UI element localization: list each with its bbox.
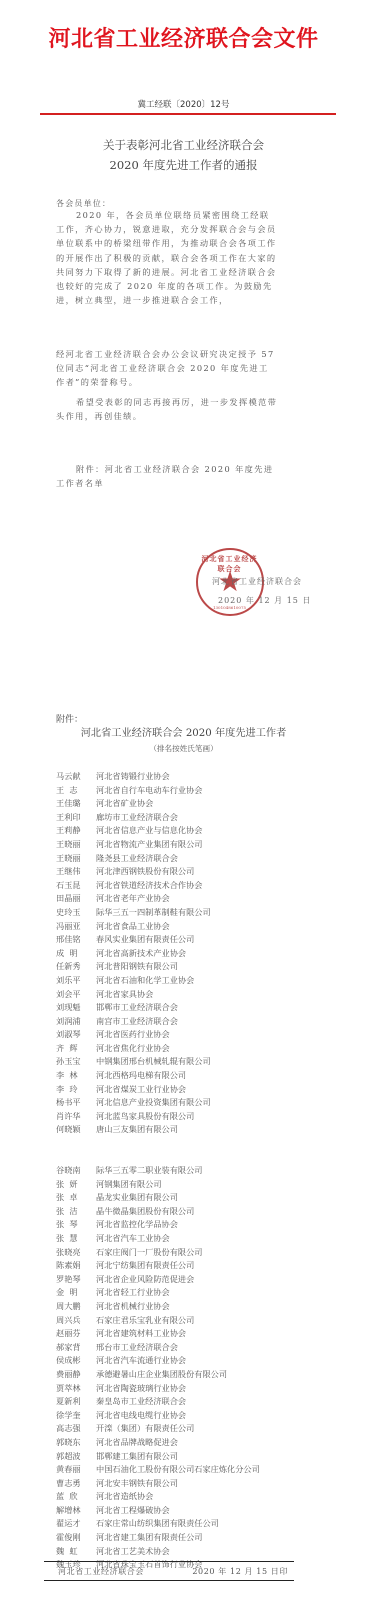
honoree-organization: 河北省品牌战略促进会	[96, 1436, 356, 1450]
honoree-name: 孙玉宝	[56, 1055, 96, 1069]
honoree-name: 罗艳琴	[56, 1273, 96, 1287]
honoree-organization: 河北省自行车电动车行业协会	[96, 784, 356, 798]
honoree-row: 李 林河北西格玛电梯有限公司	[56, 1069, 356, 1083]
honoree-row: 冯丽亚河北省食品工业协会	[56, 920, 356, 934]
honoree-row: 赵丽芬河北省建筑材料工业协会	[56, 1327, 356, 1341]
honoree-organization: 河北省电线电缆行业协会	[96, 1409, 356, 1423]
honoree-organization: 南宫市工业经济联合会	[96, 1015, 356, 1029]
honoree-row: 罗艳琴河北省企业风险防范促进会	[56, 1273, 356, 1287]
honoree-name: 张 慧	[56, 1232, 96, 1246]
honoree-name: 贾萃林	[56, 1382, 96, 1396]
honoree-name: 周兴兵	[56, 1314, 96, 1328]
honoree-name: 费丽静	[56, 1368, 96, 1382]
honoree-name: 张 卓	[56, 1191, 96, 1205]
honoree-name: 田晶丽	[56, 892, 96, 906]
header-red-divider	[40, 113, 336, 115]
honoree-row: 蓝 欣河北省造纸协会	[56, 1490, 356, 1504]
notice-title-line2: 2020 年度先进工作者的通报	[0, 157, 367, 173]
honoree-organization: 河北普阳钢铁有限公司	[96, 960, 356, 974]
honoree-organization: 廊坊市工业经济联合会	[96, 811, 356, 825]
honoree-name: 陈素娟	[56, 1259, 96, 1273]
honoree-row: 费丽静承德避暑山庄企业集团股份有限公司	[56, 1368, 356, 1382]
honoree-name: 王莉静	[56, 824, 96, 838]
honoree-organization: 河北省老年产业协会	[96, 892, 356, 906]
honoree-name: 刘会平	[56, 988, 96, 1002]
honoree-name: 张 妍	[56, 1178, 96, 1192]
honoree-organization: 河北省物流产业集团有限公司	[96, 838, 356, 852]
document-header-title: 河北省工业经济联合会文件	[0, 22, 367, 53]
honoree-name: 郭晓东	[56, 1436, 96, 1450]
honoree-row: 刘现魁邯郸市工业经济联合会	[56, 1001, 356, 1015]
honoree-row: 魏 虹河北省工艺美术协会	[56, 1545, 356, 1559]
honoree-name: 夏新利	[56, 1395, 96, 1409]
honoree-organization: 河北省建筑材料工业协会	[96, 1327, 356, 1341]
honoree-organization: 邯郸市工业经济联合会	[96, 1001, 356, 1015]
honoree-organization: 河北蓝鸟家具股份有限公司	[96, 1110, 356, 1124]
honoree-name: 邢佳铭	[56, 933, 96, 947]
honoree-organization: 河北省铁道经济技术合作协会	[96, 879, 356, 893]
honoree-organization: 秦皇岛市工业经济联合会	[96, 1395, 356, 1409]
honoree-row: 陈素娟河北宁纺集团有限责任公司	[56, 1259, 356, 1273]
honoree-name: 解增林	[56, 1504, 96, 1518]
honoree-organization: 河北省汽车流通行业协会	[96, 1354, 356, 1368]
honoree-organization: 河北省工程爆破协会	[96, 1504, 356, 1518]
honoree-row: 田晶丽河北省老年产业协会	[56, 892, 356, 906]
honoree-name: 黄春丽	[56, 1463, 96, 1477]
honoree-row: 王 志河北省自行车电动车行业协会	[56, 784, 356, 798]
attachment-title: 河北省工业经济联合会 2020 年度先进工作者	[0, 724, 367, 739]
honoree-organization: 河北省铸锻行业协会	[96, 770, 356, 784]
honoree-organization: 唐山三友集团有限公司	[96, 1123, 356, 1137]
honoree-name: 郝家背	[56, 1341, 96, 1355]
honoree-name: 霍俊刚	[56, 1531, 96, 1545]
honoree-row: 齐 辉河北省焦化行业协会	[56, 1042, 356, 1056]
honoree-name: 史玲玉	[56, 906, 96, 920]
honoree-row: 石玉昆河北省铁道经济技术合作协会	[56, 879, 356, 893]
honoree-organization: 河北省监控化学品协会	[96, 1218, 356, 1232]
honoree-organization: 河北省建工集团有限责任公司	[96, 1531, 356, 1545]
honoree-organization: 河北省家具协会	[96, 988, 356, 1002]
honoree-name: 郭超波	[56, 1450, 96, 1464]
honoree-row: 王佳璐河北省矿业协会	[56, 797, 356, 811]
footer-top-rule	[44, 1561, 294, 1562]
honoree-organization: 石家庄君乐宝乳业有限公司	[96, 1314, 356, 1328]
honoree-row: 刘淑琴河北省医药行业协会	[56, 1028, 356, 1042]
honoree-organization: 河北津西钢铁股份有限公司	[96, 865, 356, 879]
honoree-row: 张 琴河北省监控化学品协会	[56, 1218, 356, 1232]
honoree-row: 孙玉宝中钢集团邢台机械轧辊有限公司	[56, 1055, 356, 1069]
honoree-name: 蓝 欣	[56, 1490, 96, 1504]
honoree-name: 张 洁	[56, 1205, 96, 1219]
honoree-row: 王晓丽隆尧县工业经济联合会	[56, 852, 356, 866]
honoree-name: 魏 虹	[56, 1545, 96, 1559]
honoree-organization: 石家庄常山纺织集团有限责任公司	[96, 1517, 356, 1531]
honoree-row: 张 妍河钢集团有限公司	[56, 1178, 356, 1192]
honoree-name: 徐学奎	[56, 1409, 96, 1423]
honoree-group-2: 谷晓南际华三五零二职业装有限公司张 妍河钢集团有限公司张 卓晶龙实业集团有限公司…	[56, 1164, 356, 1572]
honoree-row: 霍俊刚河北省建工集团有限责任公司	[56, 1531, 356, 1545]
honoree-row: 史玲玉际华三五一四制革制鞋有限公司	[56, 906, 356, 920]
signer-name: 河北省工业经济联合会	[212, 576, 302, 587]
honoree-row: 侯成彬河北省汽车流通行业协会	[56, 1354, 356, 1368]
honoree-name: 马云献	[56, 770, 96, 784]
honoree-organization: 晶龙实业集团有限公司	[96, 1191, 356, 1205]
honoree-organization: 隆尧县工业经济联合会	[96, 852, 356, 866]
honoree-name: 刘乐平	[56, 974, 96, 988]
honoree-name: 成 明	[56, 947, 96, 961]
honoree-organization: 河北省轻工行业协会	[96, 1286, 356, 1300]
honoree-organization: 春风实业集团有限责任公司	[96, 933, 356, 947]
honoree-organization: 河北省机械行业协会	[96, 1300, 356, 1314]
honoree-name: 刘润浦	[56, 1015, 96, 1029]
honoree-row: 张 洁晶牛微晶集团股份有限公司	[56, 1205, 356, 1219]
honoree-row: 高志强开滦（集团）有限责任公司	[56, 1422, 356, 1436]
honoree-list: 马云献河北省铸锻行业协会王 志河北省自行车电动车行业协会王佳璐河北省矿业协会王利…	[56, 770, 356, 1572]
signing-date: 2020 年 12 月 15 日	[218, 595, 311, 606]
honoree-organization: 邯郸建工集团有限公司	[96, 1450, 356, 1464]
honoree-row: 郭晓东河北省品牌战略促进会	[56, 1436, 356, 1450]
honoree-name: 王继伟	[56, 865, 96, 879]
honoree-row: 翟运才石家庄常山纺织集团有限责任公司	[56, 1517, 356, 1531]
honoree-group-1: 马云献河北省铸锻行业协会王 志河北省自行车电动车行业协会王佳璐河北省矿业协会王利…	[56, 770, 356, 1137]
honoree-name: 石玉昆	[56, 879, 96, 893]
honoree-row: 黄春丽中国石油化工股份有限公司石家庄炼化分公司	[56, 1463, 356, 1477]
honoree-organization: 河北省食品工业协会	[96, 920, 356, 934]
honoree-row: 夏新利秦皇岛市工业经济联合会	[56, 1395, 356, 1409]
honoree-row: 成 明河北省高新技术产业协会	[56, 947, 356, 961]
honoree-name: 侯成彬	[56, 1354, 96, 1368]
honoree-row: 金 明河北省轻工行业协会	[56, 1286, 356, 1300]
honoree-organization: 河北省煤炭工业行业协会	[96, 1083, 356, 1097]
honoree-name: 金 明	[56, 1286, 96, 1300]
footer-print-date: 2020 年 12 月 15 日印	[192, 1566, 288, 1577]
honoree-organization: 河北省石油和化学工业协会	[96, 974, 356, 988]
paragraph-2: 经河北省工业经济联合会办公会议研究决定授予 57 位同志“河北省工业经济联合会 …	[56, 347, 278, 390]
honoree-name: 赵丽芬	[56, 1327, 96, 1341]
honoree-name: 曹志勇	[56, 1477, 96, 1491]
honoree-row: 贾萃林河北省陶瓷玻璃行业协会	[56, 1382, 356, 1396]
honoree-name: 翟运才	[56, 1517, 96, 1531]
honoree-row: 王继伟河北津西钢铁股份有限公司	[56, 865, 356, 879]
honoree-row: 张晓亮石家庄阀门一厂股份有限公司	[56, 1246, 356, 1260]
honoree-organization: 际华三五一四制革制鞋有限公司	[96, 906, 356, 920]
honoree-name: 李 林	[56, 1069, 96, 1083]
honoree-row: 任新秀河北普阳钢铁有限公司	[56, 960, 356, 974]
honoree-organization: 河北宁纺集团有限责任公司	[96, 1259, 356, 1273]
honoree-row: 马云献河北省铸锻行业协会	[56, 770, 356, 784]
honoree-name: 刘现魁	[56, 1001, 96, 1015]
honoree-organization: 中钢集团邢台机械轧辊有限公司	[96, 1055, 356, 1069]
honoree-name: 王 志	[56, 784, 96, 798]
honoree-row: 郝家背邢台市工业经济联合会	[56, 1341, 356, 1355]
honoree-organization: 际华三五零二职业装有限公司	[96, 1164, 356, 1178]
honoree-name: 王利印	[56, 811, 96, 825]
honoree-name: 高志强	[56, 1422, 96, 1436]
footer-bottom-rule	[44, 1580, 294, 1581]
honoree-organization: 河北安丰钢铁有限公司	[96, 1477, 356, 1491]
honoree-row: 王莉静河北省信息产业与信息化协会	[56, 824, 356, 838]
honoree-organization: 河北省企业风险防范促进会	[96, 1273, 356, 1287]
honoree-row: 张 慧河北省汽车工业协会	[56, 1232, 356, 1246]
honoree-organization: 河北省陶瓷玻璃行业协会	[96, 1382, 356, 1396]
honoree-name: 肖许华	[56, 1110, 96, 1124]
honoree-row: 谷晓南际华三五零二职业装有限公司	[56, 1164, 356, 1178]
honoree-name: 张 琴	[56, 1218, 96, 1232]
honoree-organization: 河北省医药行业协会	[96, 1028, 356, 1042]
honoree-organization: 中国石油化工股份有限公司石家庄炼化分公司	[96, 1463, 356, 1477]
group-gap	[56, 1137, 356, 1164]
honoree-organization: 河北西格玛电梯有限公司	[96, 1069, 356, 1083]
honoree-name: 冯丽亚	[56, 920, 96, 934]
honoree-name: 刘淑琴	[56, 1028, 96, 1042]
honoree-organization: 承德避暑山庄企业集团股份有限公司	[96, 1368, 356, 1382]
honoree-row: 何晓颖唐山三友集团有限公司	[56, 1123, 356, 1137]
document-number: 冀工经联〔2020〕12号	[0, 98, 367, 110]
honoree-name: 王晓丽	[56, 838, 96, 852]
honoree-name: 齐 辉	[56, 1042, 96, 1056]
footer: 河北省工业经济联合会 2020 年 12 月 15 日印	[58, 1566, 288, 1577]
honoree-organization: 河北省工艺美术协会	[96, 1545, 356, 1559]
honoree-row: 刘润浦南宫市工业经济联合会	[56, 1015, 356, 1029]
honoree-name: 王佳璐	[56, 797, 96, 811]
honoree-row: 周大鹏河北省机械行业协会	[56, 1300, 356, 1314]
honoree-name: 王晓丽	[56, 852, 96, 866]
honoree-row: 解增林河北省工程爆破协会	[56, 1504, 356, 1518]
honoree-row: 徐学奎河北省电线电缆行业协会	[56, 1409, 356, 1423]
honoree-row: 杨书平河北信息产业投资集团有限公司	[56, 1096, 356, 1110]
honoree-organization: 河北省造纸协会	[96, 1490, 356, 1504]
honoree-row: 周兴兵石家庄君乐宝乳业有限公司	[56, 1314, 356, 1328]
honoree-row: 邢佳铭春风实业集团有限责任公司	[56, 933, 356, 947]
honoree-row: 曹志勇河北安丰钢铁有限公司	[56, 1477, 356, 1491]
honoree-row: 刘会平河北省家具协会	[56, 988, 356, 1002]
honoree-organization: 河北省汽车工业协会	[96, 1232, 356, 1246]
honoree-name: 张晓亮	[56, 1246, 96, 1260]
honoree-name: 李 玲	[56, 1083, 96, 1097]
attachment-subtitle: （排名按姓氏笔画）	[0, 743, 367, 754]
paragraph-1: 2020 年，各会员单位联络员紧密围绕工经联工作，齐心协力，锐意进取，充分发挥联…	[56, 208, 278, 307]
notice-title-line1: 关于表彰河北省工业经济联合会	[0, 137, 367, 153]
honoree-organization: 河北省矿业协会	[96, 797, 356, 811]
honoree-row: 肖许华河北蓝鸟家具股份有限公司	[56, 1110, 356, 1124]
honoree-row: 张 卓晶龙实业集团有限公司	[56, 1191, 356, 1205]
honoree-name: 何晓颖	[56, 1123, 96, 1137]
attachment-note: 附件：河北省工业经济联合会 2020 年度先进工作者名单	[56, 462, 278, 490]
honoree-row: 王晓丽河北省物流产业集团有限公司	[56, 838, 356, 852]
honoree-organization: 河北省信息产业与信息化协会	[96, 824, 356, 838]
honoree-name: 谷晓南	[56, 1164, 96, 1178]
footer-issuer: 河北省工业经济联合会	[58, 1566, 144, 1577]
honoree-organization: 邢台市工业经济联合会	[96, 1341, 356, 1355]
honoree-row: 刘乐平河北省石油和化学工业协会	[56, 974, 356, 988]
honoree-organization: 河北省焦化行业协会	[96, 1042, 356, 1056]
paragraph-3: 希望受表彰的同志再接再厉，进一步发挥模范带头作用，再创佳绩。	[56, 395, 278, 423]
honoree-row: 郭超波邯郸建工集团有限公司	[56, 1450, 356, 1464]
honoree-row: 李 玲河北省煤炭工业行业协会	[56, 1083, 356, 1097]
honoree-organization: 河北信息产业投资集团有限公司	[96, 1096, 356, 1110]
honoree-name: 周大鹏	[56, 1300, 96, 1314]
honoree-organization: 河钢集团有限公司	[96, 1178, 356, 1192]
honoree-name: 杨书平	[56, 1096, 96, 1110]
honoree-organization: 河北省高新技术产业协会	[96, 947, 356, 961]
honoree-row: 王利印廊坊市工业经济联合会	[56, 811, 356, 825]
honoree-name: 任新秀	[56, 960, 96, 974]
honoree-organization: 石家庄阀门一厂股份有限公司	[96, 1246, 356, 1260]
honoree-organization: 晶牛微晶集团股份有限公司	[96, 1205, 356, 1219]
honoree-organization: 开滦（集团）有限责任公司	[96, 1422, 356, 1436]
